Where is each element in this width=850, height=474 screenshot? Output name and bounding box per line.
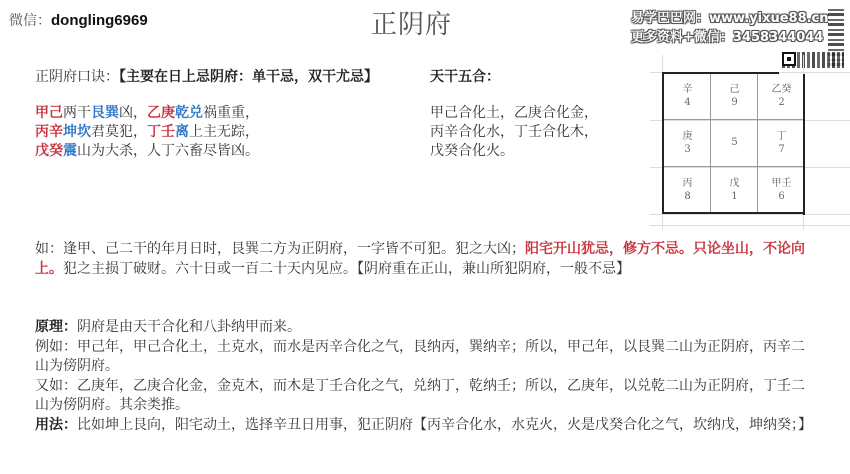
page-title: 正阴府 bbox=[371, 4, 452, 41]
wuhe-line: 戊癸合化火。 bbox=[430, 142, 598, 161]
principle-section: 原理：阴府是由天干合化和八卦纳甲而来。 例如：甲己年，甲己合化土，土克水，而水是… bbox=[35, 318, 815, 435]
principle-example-1: 例如：甲己年，甲己合化土，土克水，而水是丙辛合化之气，艮纳丙，巽纳辛；所以，甲己… bbox=[35, 338, 815, 377]
poem-text: 君莫犯， bbox=[91, 124, 147, 140]
wuhe-line: 丙辛合化水，丁壬合化木， bbox=[430, 123, 598, 142]
grid-cell: 5 bbox=[711, 120, 758, 167]
cell-number: 2 bbox=[758, 96, 805, 109]
qr-finder-icon bbox=[782, 52, 796, 66]
cell-number: 7 bbox=[758, 143, 805, 156]
cell-number: 9 bbox=[711, 96, 758, 109]
brand-wechat: 更多资料+微信：3458344044 bbox=[631, 28, 829, 47]
grid-cell: 辛4 bbox=[664, 73, 711, 120]
poem-text: 上主无踪， bbox=[189, 124, 259, 140]
wuhe-line: 甲己合化土，乙庚合化金， bbox=[430, 104, 598, 123]
heavenly-stem: 戊癸 bbox=[35, 143, 63, 159]
principle-label: 原理： bbox=[35, 319, 77, 335]
trigram: 艮巽 bbox=[91, 105, 119, 121]
heavenly-stem: 丙辛 bbox=[35, 124, 63, 140]
grid-border-top bbox=[662, 72, 779, 74]
cell-stem: 庚 bbox=[683, 131, 693, 142]
example-paragraph: 如：逢甲、己二干的年月日时，艮巽二方为正阴府，一字皆不可犯。犯之大凶；阳宅开山犹… bbox=[35, 240, 815, 279]
grid-cell: 己9 bbox=[711, 73, 758, 120]
poem-line: 丙辛坤坎君莫犯，丁壬离上主无踪， bbox=[35, 123, 259, 142]
wuhe-list: 甲己合化土，乙庚合化金， 丙辛合化水，丁壬合化木， 戊癸合化火。 bbox=[430, 104, 598, 161]
cell-number: 4 bbox=[664, 96, 711, 109]
cell-number: 3 bbox=[664, 143, 711, 156]
example-text: 如：逢甲、己二干的年月日时，艮巽二方为正阴府，一字皆不可犯。犯之大凶； bbox=[35, 241, 525, 257]
cell-stem: 丙 bbox=[683, 178, 693, 189]
cell-stem: 甲壬 bbox=[772, 178, 792, 189]
heavenly-stem: 乙庚 bbox=[147, 105, 175, 121]
koujue-note: 【主要在日上忌阴府：单干忌，双干尤忌】 bbox=[119, 69, 378, 85]
trigram: 震 bbox=[63, 143, 77, 159]
cell-number: 6 bbox=[758, 190, 805, 203]
principle-example-2: 又如：乙庚年，乙庚合化金，金克木，而木是丁壬合化之气，兑纳丁，乾纳壬；所以，乙庚… bbox=[35, 377, 815, 416]
cell-stem: 己 bbox=[730, 84, 740, 95]
usage-label: 用法： bbox=[35, 417, 77, 433]
guide-line bbox=[650, 214, 850, 215]
cell-stem: 丁 bbox=[777, 131, 787, 142]
usage-text: 比如坤上艮向，阳宅动土，选择辛丑日用事，犯正阴府【丙辛合化水，水克火，火是戊癸合… bbox=[77, 417, 812, 433]
example-warning: 阳宅开山犹忌，修方不忌。 bbox=[525, 241, 693, 257]
wuhe-heading: 天干五合： bbox=[430, 68, 500, 87]
cell-number: 8 bbox=[664, 190, 711, 203]
wechat-contact: 微信：dongling6969 bbox=[9, 10, 148, 30]
principle-line: 原理：阴府是由天干合化和八卦纳甲而来。 bbox=[35, 318, 815, 338]
poem-text: 山为大杀，人丁六畜尽皆凶。 bbox=[77, 143, 259, 159]
trigram: 乾兑 bbox=[175, 105, 203, 121]
grid-border-right bbox=[803, 74, 805, 215]
trigram: 离 bbox=[175, 124, 189, 140]
wechat-label: 微信： bbox=[9, 12, 51, 28]
poem-text: 两干 bbox=[63, 105, 91, 121]
grid-cell: 丁7 bbox=[758, 120, 805, 167]
usage-line: 用法：比如坤上艮向，阳宅动土，选择辛丑日用事，犯正阴府【丙辛合化水，水克火，火是… bbox=[35, 416, 815, 436]
principle-text: 阴府是由天干合化和八卦纳甲而来。 bbox=[77, 319, 301, 335]
wechat-id: dongling6969 bbox=[51, 12, 148, 29]
brand-website: 易学巴巴网：www.yixue88.cn bbox=[631, 9, 829, 28]
guide-line bbox=[650, 225, 850, 226]
poem-text: 祸重重， bbox=[203, 105, 259, 121]
heavenly-stem: 丁壬 bbox=[147, 124, 175, 140]
cell-number: 5 bbox=[711, 136, 758, 149]
poem-text: 凶， bbox=[119, 105, 147, 121]
koujue-label: 正阴府口诀： bbox=[35, 69, 119, 85]
grid-cell: 戊1 bbox=[711, 167, 758, 214]
poem-line: 戊癸震山为大杀，人丁六畜尽皆凶。 bbox=[35, 142, 259, 161]
poem-line: 甲己两干艮巽凶，乙庚乾兑祸重重， bbox=[35, 104, 259, 123]
luoshu-grid: 辛4己9乙癸2庚35丁7丙8戊1甲壬6 bbox=[662, 73, 804, 214]
grid-cell: 庚3 bbox=[664, 120, 711, 167]
brand-watermark: 易学巴巴网：www.yixue88.cn 更多资料+微信：3458344044 bbox=[631, 9, 829, 47]
cell-number: 1 bbox=[711, 190, 758, 203]
example-text-cont: 犯之主损丁破财。六十日或一百二十天内见应。【阴府重在正山，兼山所犯阴府，一般不忌… bbox=[63, 261, 630, 277]
grid-cell: 乙癸2 bbox=[758, 73, 805, 120]
koujue-heading: 正阴府口诀：【主要在日上忌阴府：单干忌，双干尤忌】 bbox=[35, 68, 378, 87]
cell-stem: 乙癸 bbox=[772, 84, 792, 95]
cell-stem: 戊 bbox=[730, 178, 740, 189]
heavenly-stem: 甲己 bbox=[35, 105, 63, 121]
grid-cell: 甲壬6 bbox=[758, 167, 805, 214]
cell-stem: 辛 bbox=[683, 84, 693, 95]
koujue-poem: 甲己两干艮巽凶，乙庚乾兑祸重重，丙辛坤坎君莫犯，丁壬离上主无踪，戊癸震山为大杀，… bbox=[35, 104, 259, 161]
trigram: 坤坎 bbox=[63, 124, 91, 140]
grid-cell: 丙8 bbox=[664, 167, 711, 214]
